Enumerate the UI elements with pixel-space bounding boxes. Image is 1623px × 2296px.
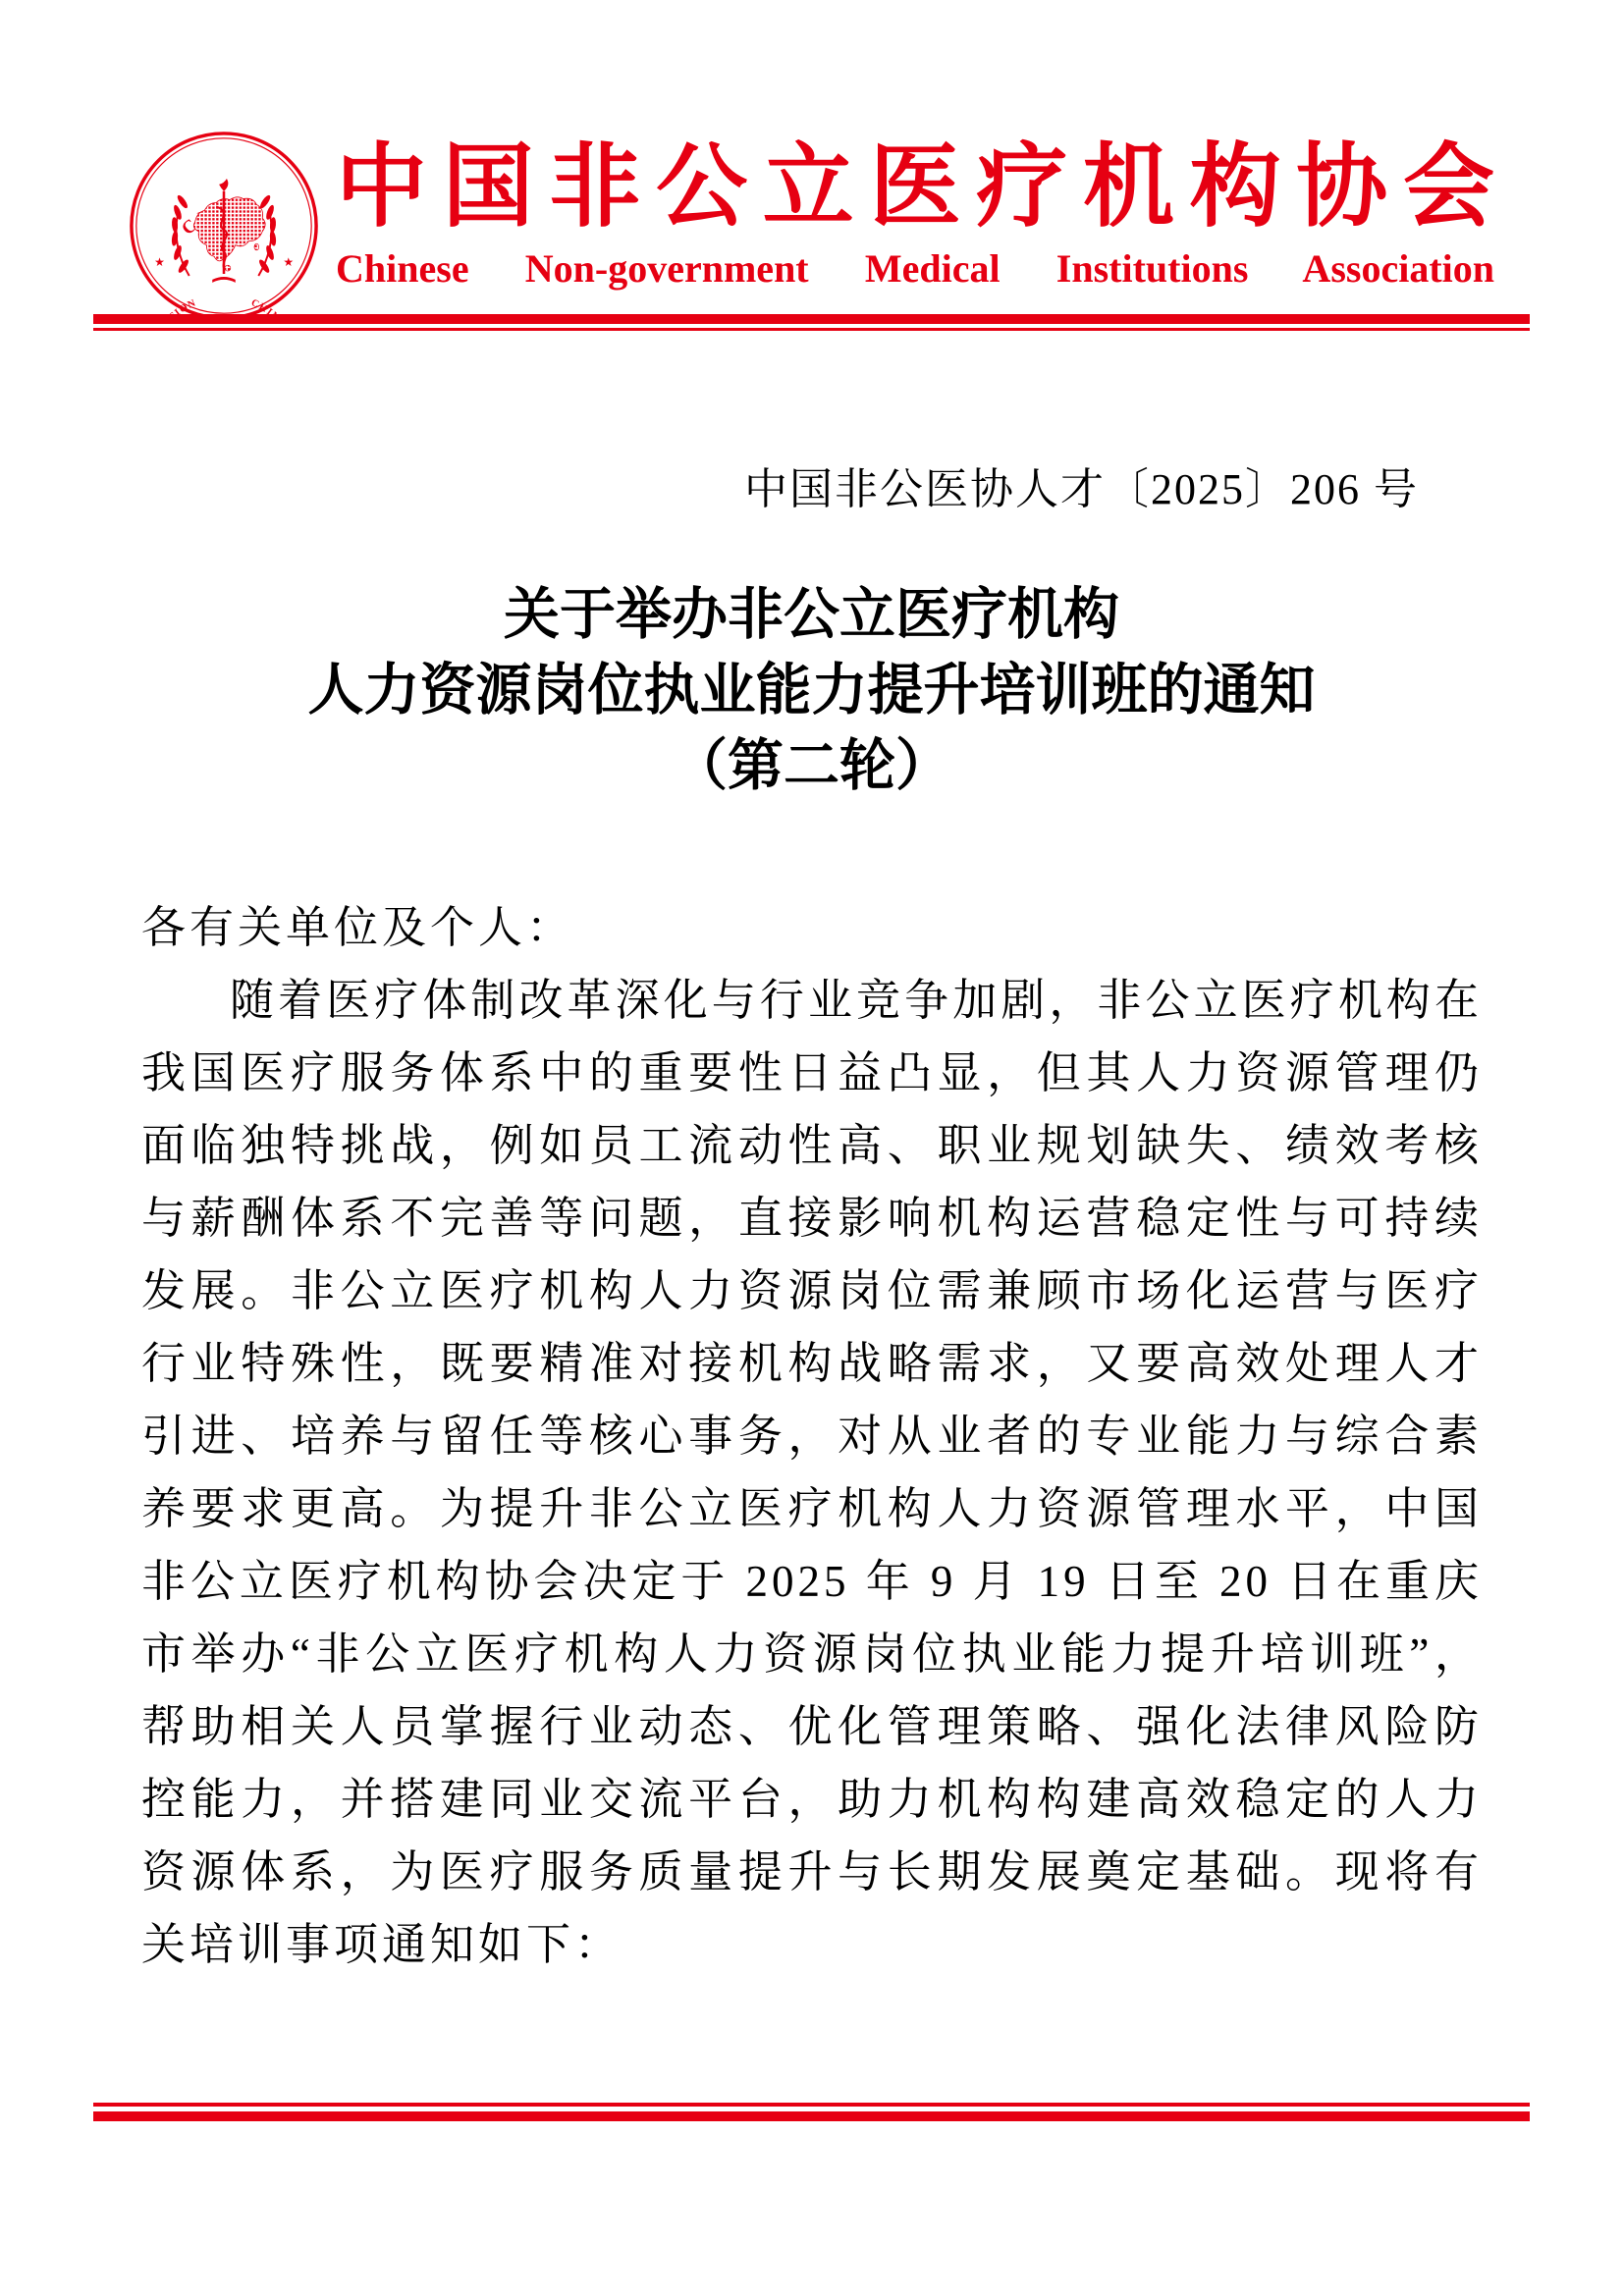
notice-title-line-2: 人力资源岗位执业能力提升培训班的通知 [0,653,1623,728]
seal-star-left-icon: ★ [154,256,165,269]
header-divider-thick-line [93,314,1530,324]
notice-body: 各有关单位及个人： 随着医疗体制改革深化与行业竞争加剧，非公立医疗机构在我国医疗… [141,891,1483,1981]
footer-divider [93,2103,1530,2121]
notice-title-line-1: 关于举办非公立医疗机构 [0,577,1623,653]
salutation: 各有关单位及个人： [141,891,1483,964]
body-paragraph: 随着医疗体制改革深化与行业竞争加剧，非公立医疗机构在我国医疗服务体系中的重要性日… [141,964,1483,1981]
notice-title-line-3: （第二轮） [0,728,1623,804]
document-page: CHINESE NON-GOVERNMENT MEDICAL INSTITUTI… [0,0,1623,2296]
notice-title: 关于举办非公立医疗机构 人力资源岗位执业能力提升培训班的通知 （第二轮） [0,577,1623,804]
association-seal-icon: CHINESE NON-GOVERNMENT MEDICAL INSTITUTI… [128,130,320,322]
document-number: 中国非公医协人才〔2025〕206 号 [744,454,1419,516]
association-seal-logo: CHINESE NON-GOVERNMENT MEDICAL INSTITUTI… [128,130,320,322]
header-org-block: 中国非公立医疗机构协会 Chinese Non-government Medic… [336,137,1494,292]
footer-divider-thin-line [93,2103,1530,2107]
footer-divider-thick-line [93,2111,1530,2121]
seal-star-right-icon: ★ [283,256,294,269]
org-name-en: Chinese Non-government Medical Instituti… [336,245,1494,292]
header-divider-thin-line [93,328,1530,331]
org-name-cn: 中国非公立医疗机构协会 [336,137,1494,240]
header-divider [93,314,1530,331]
